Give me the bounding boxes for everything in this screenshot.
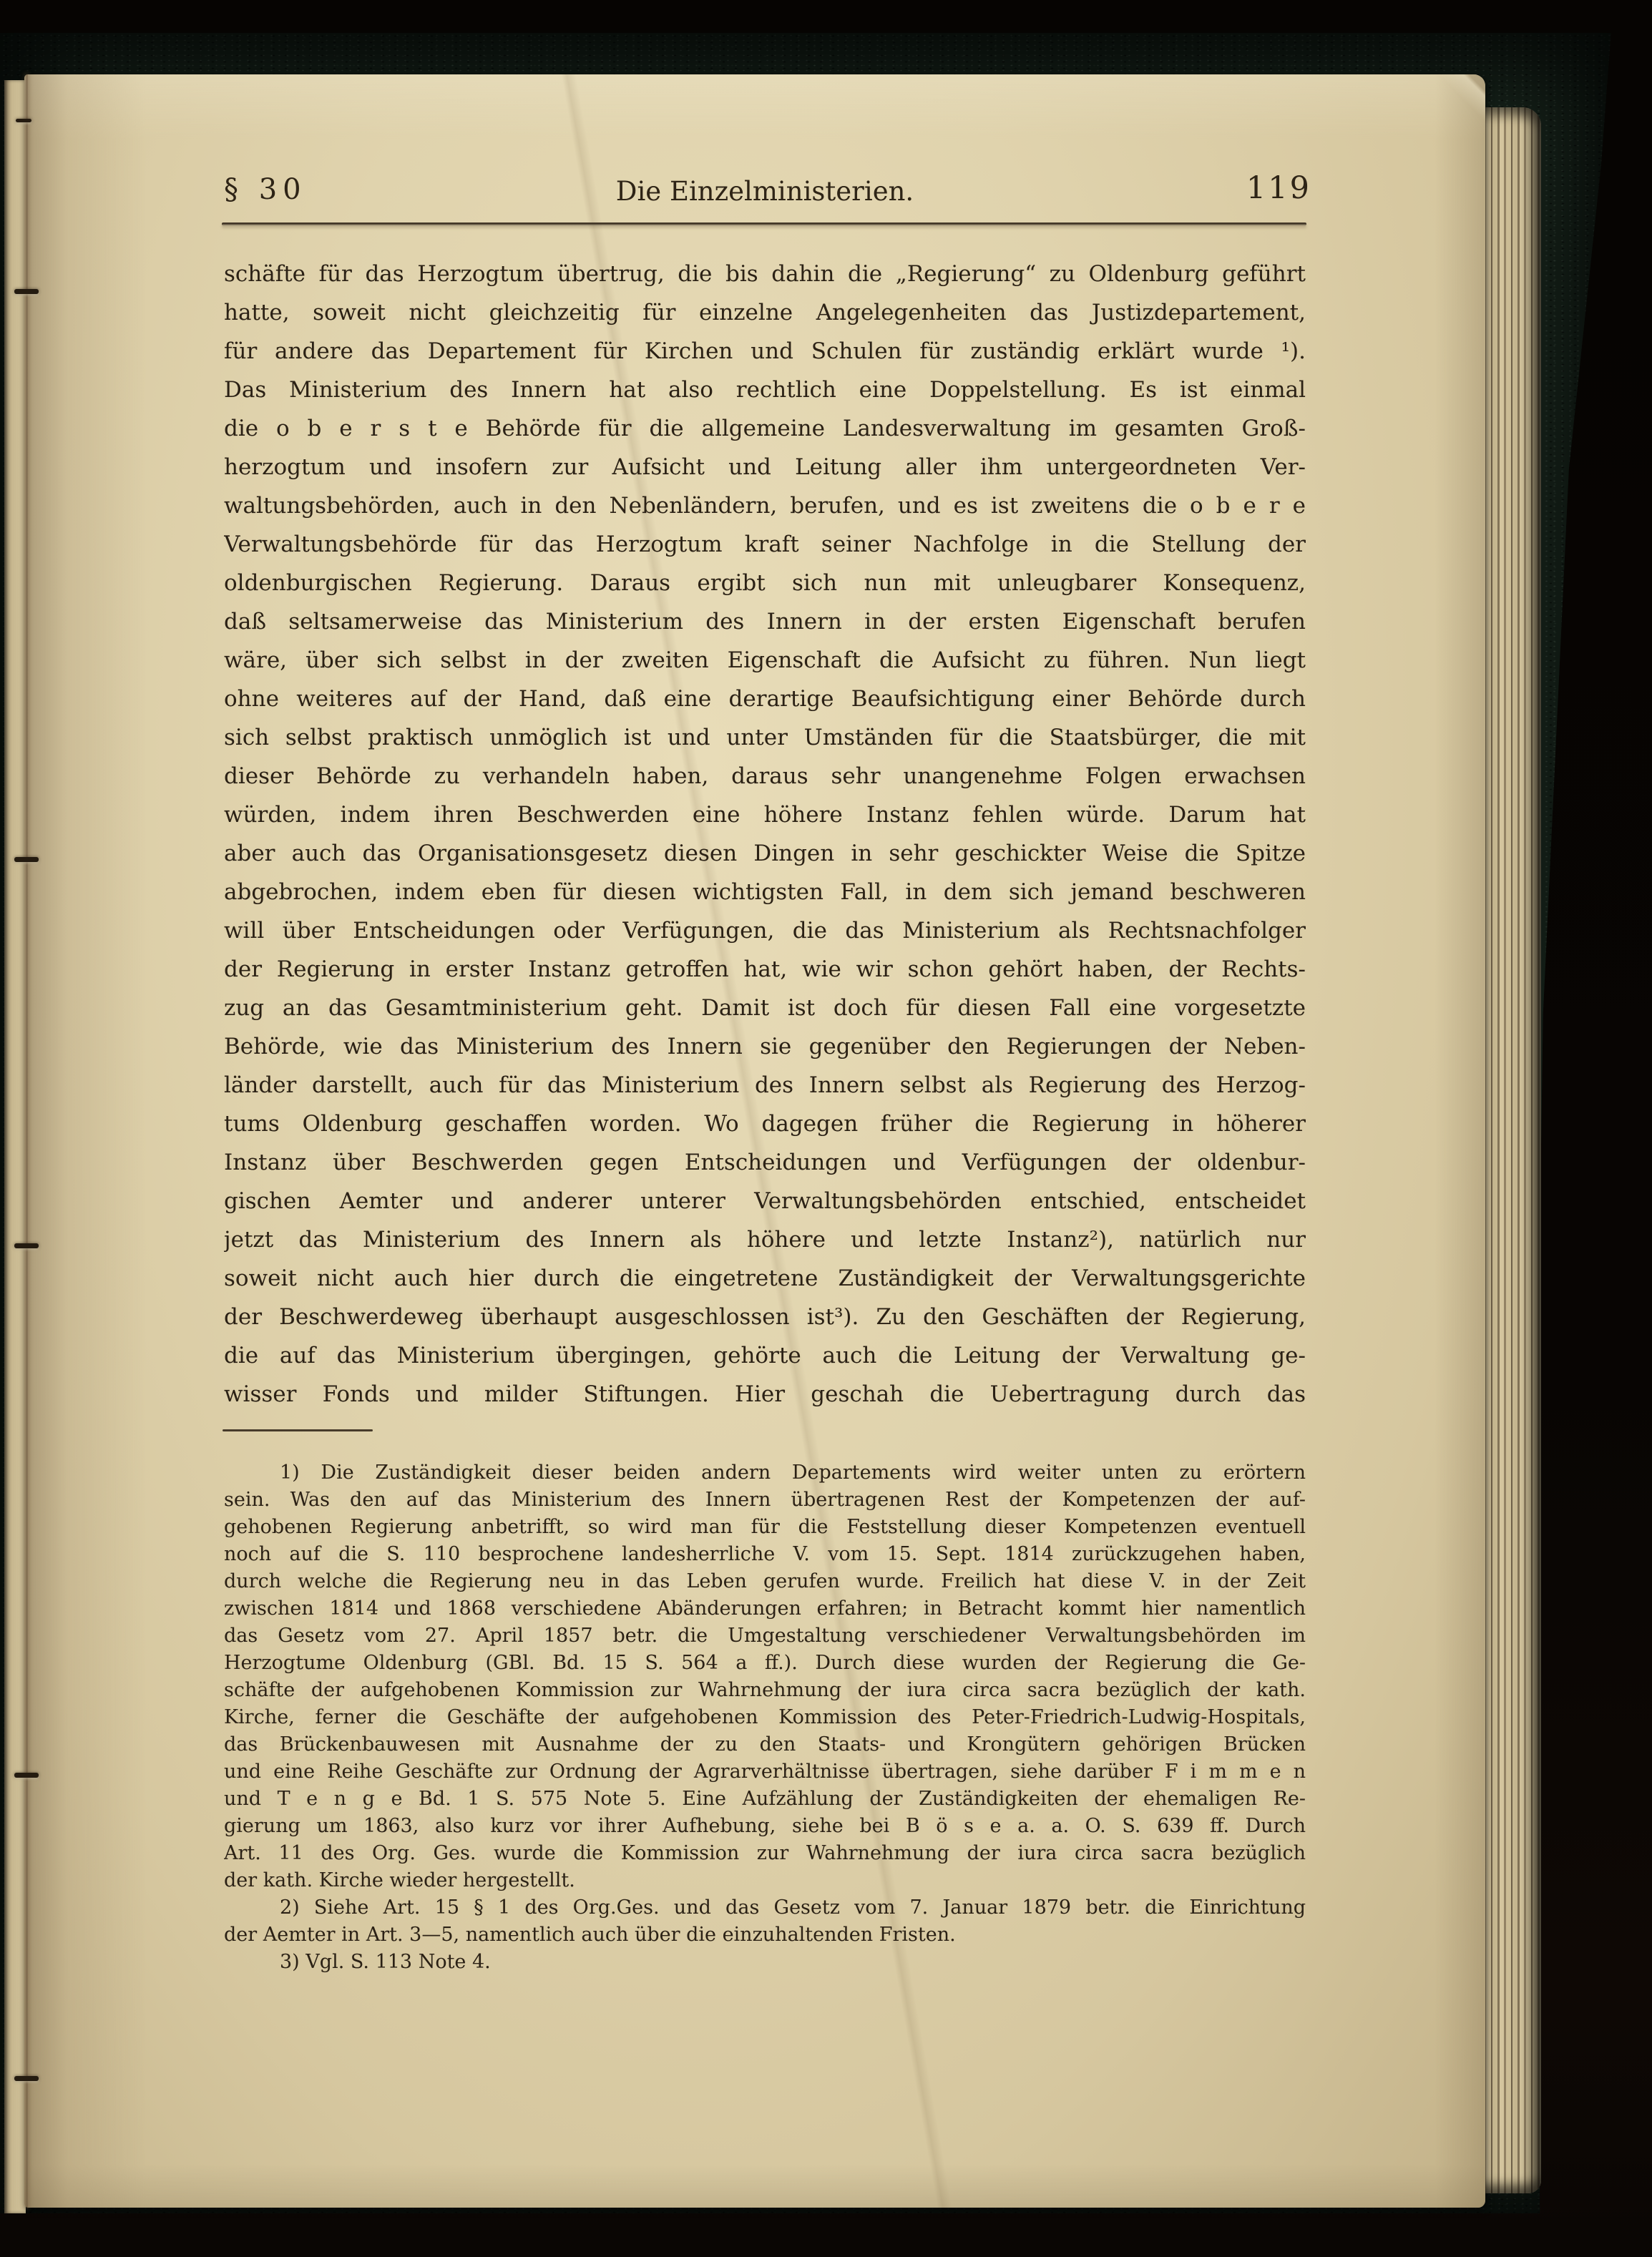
text-line: herzogtum und insofern zur Aufsicht und … <box>224 448 1306 486</box>
text-line: dieser Behörde zu verhandeln haben, dara… <box>224 757 1306 795</box>
text-line: jetzt das Ministerium des Innern als höh… <box>224 1220 1306 1259</box>
footnote-2: 2) Siehe Art. 15 § 1 des Org.Ges. und da… <box>224 1894 1306 1949</box>
text-line: wäre, über sich selbst in der zweiten Ei… <box>224 641 1306 680</box>
text-line: wisser Fonds und milder Stiftungen. Hier… <box>224 1375 1306 1414</box>
text-line: tums Oldenburg geschaffen worden. Wo dag… <box>224 1105 1306 1143</box>
text-line: waltungsbehörden, auch in den Nebenlände… <box>224 486 1306 525</box>
text-line: sein. Was den auf das Ministerium des In… <box>224 1487 1306 1514</box>
book-scan: § 30 Die Einzelministerien. 119 schäfte … <box>0 0 1652 2257</box>
text-line: länder darstellt, auch für das Ministeri… <box>224 1066 1306 1105</box>
gutter-sew-line <box>26 74 28 2208</box>
text-line: soweit nicht auch hier durch die eingetr… <box>224 1259 1306 1298</box>
text-line: würden, indem ihren Beschwerden eine höh… <box>224 795 1306 834</box>
text-line: die auf das Ministerium übergingen, gehö… <box>224 1336 1306 1375</box>
text-line: durch welche die Regierung neu in das Le… <box>224 1568 1306 1595</box>
text-line: hatte, soweit nicht gleichzeitig für ein… <box>224 293 1306 332</box>
text-line: sich selbst praktisch unmöglich ist und … <box>224 718 1306 757</box>
text-line: schäfte für das Herzogtum übertrug, die … <box>224 255 1306 293</box>
text-line: will über Entscheidungen oder Verfügunge… <box>224 911 1306 950</box>
text-line: 2) Siehe Art. 15 § 1 des Org.Ges. und da… <box>224 1894 1306 1921</box>
header-rule <box>222 222 1306 226</box>
footnote-1: 1) Die Zuständigkeit dieser beiden ander… <box>224 1459 1306 1894</box>
text-line: Herzogtume Oldenburg (GBl. Bd. 15 S. 564… <box>224 1650 1306 1677</box>
footnote-separator <box>223 1429 373 1431</box>
binding-stitch <box>14 1243 39 1248</box>
text-line: gischen Aemter und anderer unterer Verwa… <box>224 1182 1306 1220</box>
page: § 30 Die Einzelministerien. 119 schäfte … <box>24 74 1485 2208</box>
text-line: 1) Die Zuständigkeit dieser beiden ander… <box>224 1459 1306 1487</box>
text-line: das Gesetz vom 27. April 1857 betr. die … <box>224 1622 1306 1650</box>
text-line: 3) Vgl. S. 113 Note 4. <box>224 1949 1306 1976</box>
text-line: abgebrochen, indem eben für diesen wicht… <box>224 873 1306 911</box>
footnotes: 1) Die Zuständigkeit dieser beiden ander… <box>224 1459 1306 1976</box>
text-line: der Aemter in Art. 3—5, namentlich auch … <box>224 1921 1306 1949</box>
text-line: Das Ministerium des Innern hat also rech… <box>224 371 1306 409</box>
text-line: daß seltsamerweise das Ministerium des I… <box>224 602 1306 641</box>
binding-stitch <box>14 289 39 294</box>
page-number: 119 <box>224 170 1311 206</box>
text-line: die o b e r s t e Behörde für die allgem… <box>224 409 1306 448</box>
body-text: schäfte für das Herzogtum übertrug, die … <box>224 255 1306 1414</box>
text-line: zwischen 1814 und 1868 verschiedene Abän… <box>224 1595 1306 1622</box>
facing-page-edge <box>4 80 26 2213</box>
text-line: Behörde, wie das Ministerium des Innern … <box>224 1027 1306 1066</box>
text-line: gehobenen Regierung anbetrifft, so wird … <box>224 1514 1306 1541</box>
text-line: Instanz über Beschwerden gegen Entscheid… <box>224 1143 1306 1182</box>
binding-stitch <box>14 857 39 862</box>
text-line: gierung um 1863, also kurz vor ihrer Auf… <box>224 1813 1306 1840</box>
binding-stitch <box>14 2076 39 2081</box>
text-line: der Beschwerdeweg überhaupt ausgeschloss… <box>224 1298 1306 1336</box>
binding-stitch <box>14 1773 39 1778</box>
text-line: noch auf die S. 110 besprochene landeshe… <box>224 1541 1306 1568</box>
text-line: schäfte der aufgehobenen Kommission zur … <box>224 1677 1306 1704</box>
text-line: aber auch das Organisationsgesetz diesen… <box>224 834 1306 873</box>
text-line: und eine Reihe Geschäfte zur Ordnung der… <box>224 1758 1306 1786</box>
text-line: Art. 11 des Org. Ges. wurde die Kommissi… <box>224 1840 1306 1867</box>
text-line: und T e n g e Bd. 1 S. 575 Note 5. Eine … <box>224 1786 1306 1813</box>
text-line: das Brückenbauwesen mit Ausnahme der zu … <box>224 1731 1306 1758</box>
text-line: der Regierung in erster Instanz getroffe… <box>224 950 1306 989</box>
text-line: Kirche, ferner die Geschäfte der aufgeho… <box>224 1704 1306 1731</box>
footnote-3: 3) Vgl. S. 113 Note 4. <box>224 1949 1306 1976</box>
text-line: ohne weiteres auf der Hand, daß eine der… <box>224 680 1306 718</box>
text-line: oldenburgischen Regierung. Daraus ergibt… <box>224 564 1306 602</box>
text-line: für andere das Departement für Kirchen u… <box>224 332 1306 371</box>
text-line: der kath. Kirche wieder hergestellt. <box>224 1867 1306 1894</box>
binding-stitch <box>16 119 31 122</box>
text-line: zug an das Gesamtministerium geht. Damit… <box>224 989 1306 1027</box>
text-line: Verwaltungsbehörde für das Herzogtum kra… <box>224 525 1306 564</box>
